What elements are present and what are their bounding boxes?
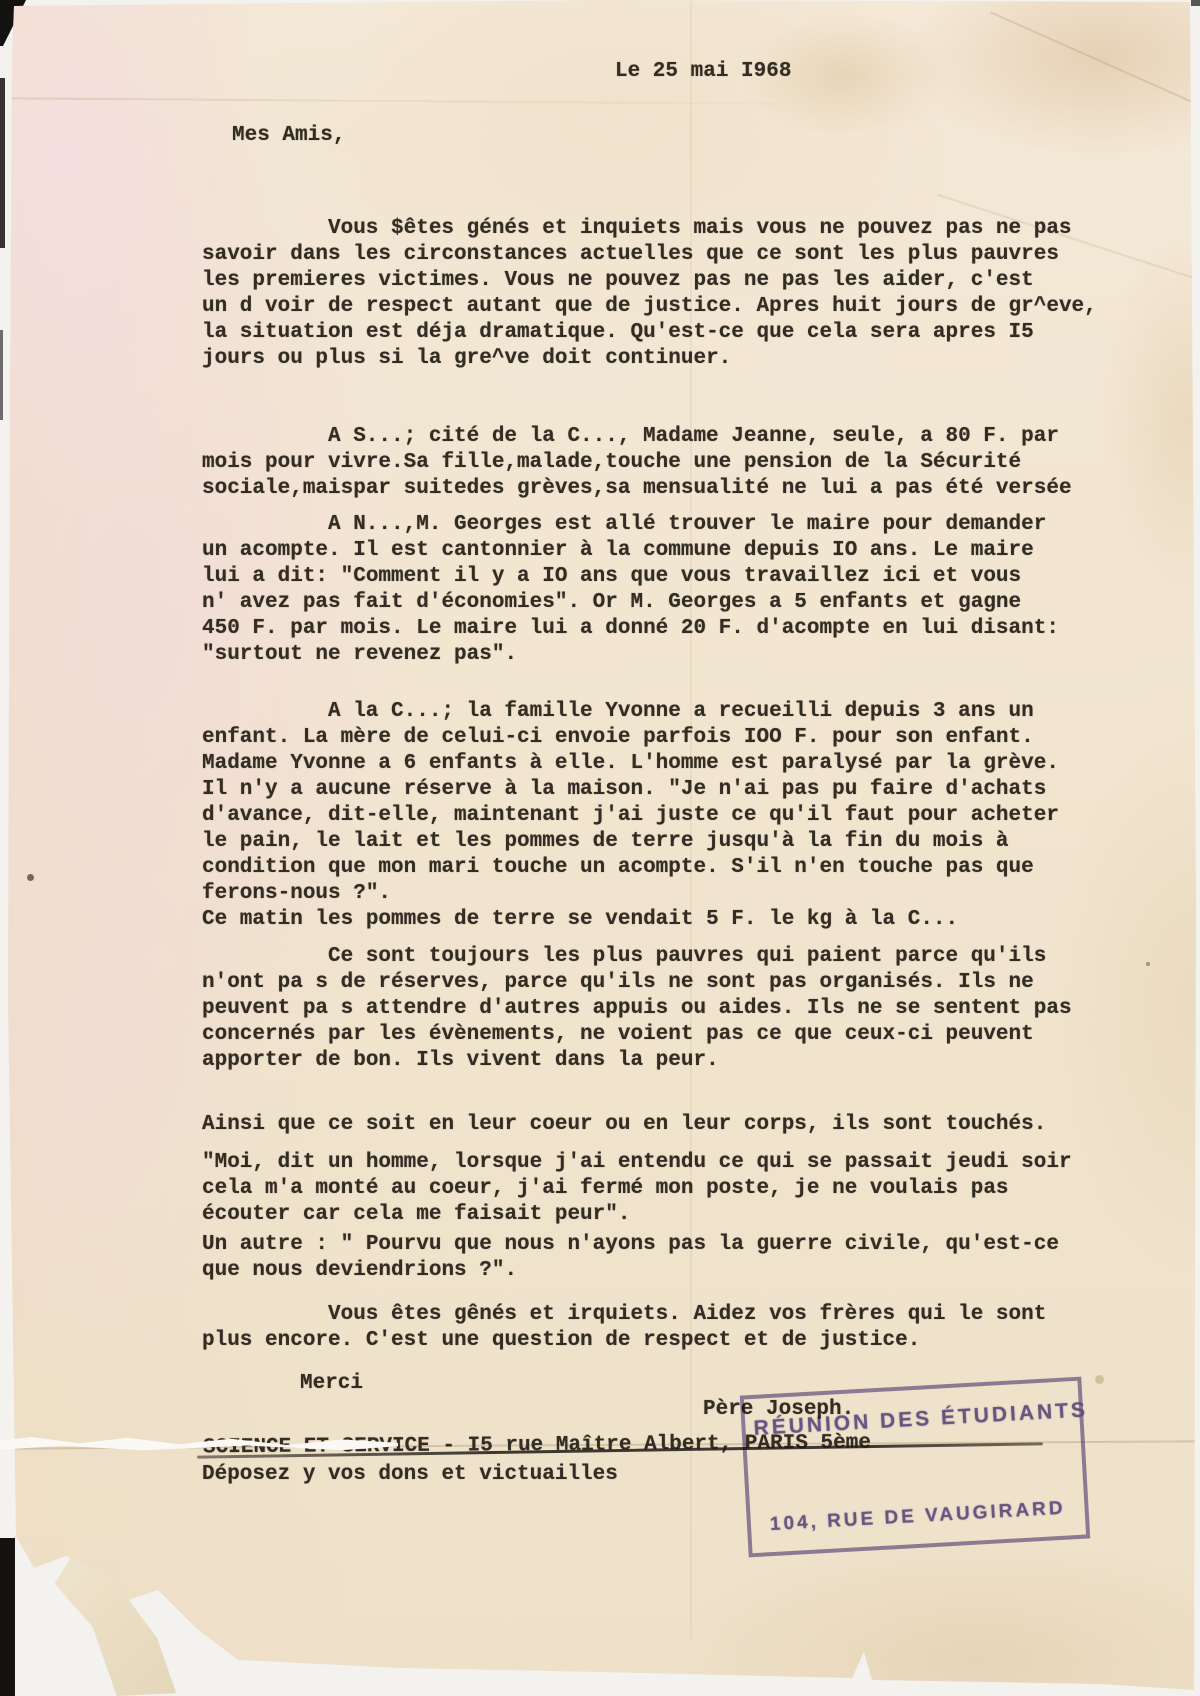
stamp-line-1: RÉUNION DES ÉTUDIANTS: [753, 1399, 1072, 1441]
rubber-stamp: RÉUNION DES ÉTUDIANTS 104, RUE DE VAUGIR…: [740, 1377, 1091, 1558]
letter-line: condition que mon mari touche un acompte…: [202, 855, 1059, 881]
paper-crease: [990, 11, 1200, 110]
paragraph: Vous $êtes génés et inquiets mais vous n…: [202, 216, 1097, 372]
letter-line: A S...; cité de la C..., Madame Jeanne, …: [202, 424, 1072, 450]
letter-line: Vous $êtes génés et inquiets mais vous n…: [202, 216, 1097, 242]
letter-line: d'avance, dit-elle, maintenant j'ai just…: [202, 803, 1059, 829]
letter-line: mois pour vivre.Sa fille,malade,touche u…: [202, 450, 1072, 476]
letter-line: Un autre : " Pourvu que nous n'ayons pas…: [202, 1232, 1059, 1258]
letter-line: Il n'y a aucune réserve à la maison. "Je…: [202, 777, 1059, 803]
letter-line: "surtout ne revenez pas".: [202, 642, 1059, 668]
letter-line: concernés par les évènements, ne voient …: [202, 1022, 1072, 1048]
scan-edge-artifact: [0, 330, 3, 420]
letter-line: peuvent pa s attendre d'autres appuis ou…: [202, 996, 1072, 1022]
paper-speck: [1146, 962, 1150, 966]
letter-line: "Moi, dit un homme, lorsque j'ai entendu…: [202, 1150, 1072, 1176]
letter-line: savoir dans les circonstances actuelles …: [202, 242, 1097, 268]
letter-line: écouter car cela me faisait peur".: [202, 1202, 1072, 1228]
paragraph: A S...; cité de la C..., Madame Jeanne, …: [202, 424, 1072, 502]
letter-line: ferons-nous ?".: [202, 881, 1059, 907]
letter-line: n' avez pas fait d'économies". Or M. Geo…: [202, 590, 1059, 616]
scan-edge-artifact: [0, 1538, 15, 1696]
letter-line: Vous êtes gênés et irquiets. Aidez vos f…: [202, 1302, 1046, 1328]
letter-line: sociale,maispar suitedes grèves,sa mensu…: [202, 476, 1072, 502]
letter-line: jours ou plus si la gre^ve doit continue…: [202, 346, 1097, 372]
letter-line: un d voir de respect autant que de justi…: [202, 294, 1097, 320]
paragraph: Un autre : " Pourvu que nous n'ayons pas…: [202, 1232, 1059, 1284]
letter-line: le pain, le lait et les pommes de terre …: [202, 829, 1059, 855]
paper-speck: [1095, 1375, 1104, 1384]
letter-line: enfant. La mère de celui-ci envoie parfo…: [202, 725, 1059, 751]
scanned-letter-page: Le 25 mai I968 Mes Amis, Vous $êtes géné…: [0, 0, 1200, 1696]
letter-line: A N...,M. Georges est allé trouver le ma…: [202, 512, 1059, 538]
letter-line: les premieres victimes. Vous ne pouvez p…: [202, 268, 1097, 294]
paragraph: "Moi, dit un homme, lorsque j'ai entendu…: [202, 1150, 1072, 1228]
scan-edge-artifact: [0, 78, 5, 248]
paragraph: A la C...; la famille Yvonne a recueilli…: [202, 699, 1059, 933]
stamp-line-2: 104, RUE DE VAUGIRARD: [758, 1497, 1077, 1537]
paper-crease: [0, 97, 780, 104]
letter-line: que nous deviendrions ?".: [202, 1258, 1059, 1284]
letter-line: Ainsi que ce soit en leur coeur ou en le…: [202, 1112, 1046, 1138]
paragraph: A N...,M. Georges est allé trouver le ma…: [202, 512, 1059, 668]
letter-line: n'ont pa s de réserves, parce qu'ils ne …: [202, 970, 1072, 996]
paragraph: Ainsi que ce soit en leur coeur ou en le…: [202, 1112, 1046, 1138]
letter-line: cela m'a monté au coeur, j'ai fermé mon …: [202, 1176, 1072, 1202]
letter-line: la situation est déja dramatique. Qu'est…: [202, 320, 1097, 346]
letter-salutation: Mes Amis,: [232, 124, 345, 147]
footer-note-line: Déposez y vos dons et victuailles: [202, 1463, 618, 1486]
letter-line: Madame Yvonne a 6 enfants à elle. L'homm…: [202, 751, 1059, 777]
closing-merci: Merci: [300, 1372, 363, 1395]
scan-edge-artifact: [1191, 0, 1200, 6]
letter-line: A la C...; la famille Yvonne a recueilli…: [202, 699, 1059, 725]
letter-line: lui a dit: "Comment il y a IO ans que vo…: [202, 564, 1059, 590]
paragraph: Vous êtes gênés et irquiets. Aidez vos f…: [202, 1302, 1046, 1354]
letter-line: un acompte. Il est cantonnier à la commu…: [202, 538, 1059, 564]
letter-date: Le 25 mai I968: [615, 60, 791, 83]
letter-line: 450 F. par mois. Le maire lui a donné 20…: [202, 616, 1059, 642]
letter-line: apporter de bon. Ils vivent dans la peur…: [202, 1048, 1072, 1074]
letter-line: plus encore. C'est une question de respe…: [202, 1328, 1046, 1354]
letter-line: Ce matin les pommes de terre se vendait …: [202, 907, 1059, 933]
paragraph: Ce sont toujours les plus pauvres qui pa…: [202, 944, 1072, 1074]
letter-line: Ce sont toujours les plus pauvres qui pa…: [202, 944, 1072, 970]
paper-speck: [27, 874, 34, 881]
